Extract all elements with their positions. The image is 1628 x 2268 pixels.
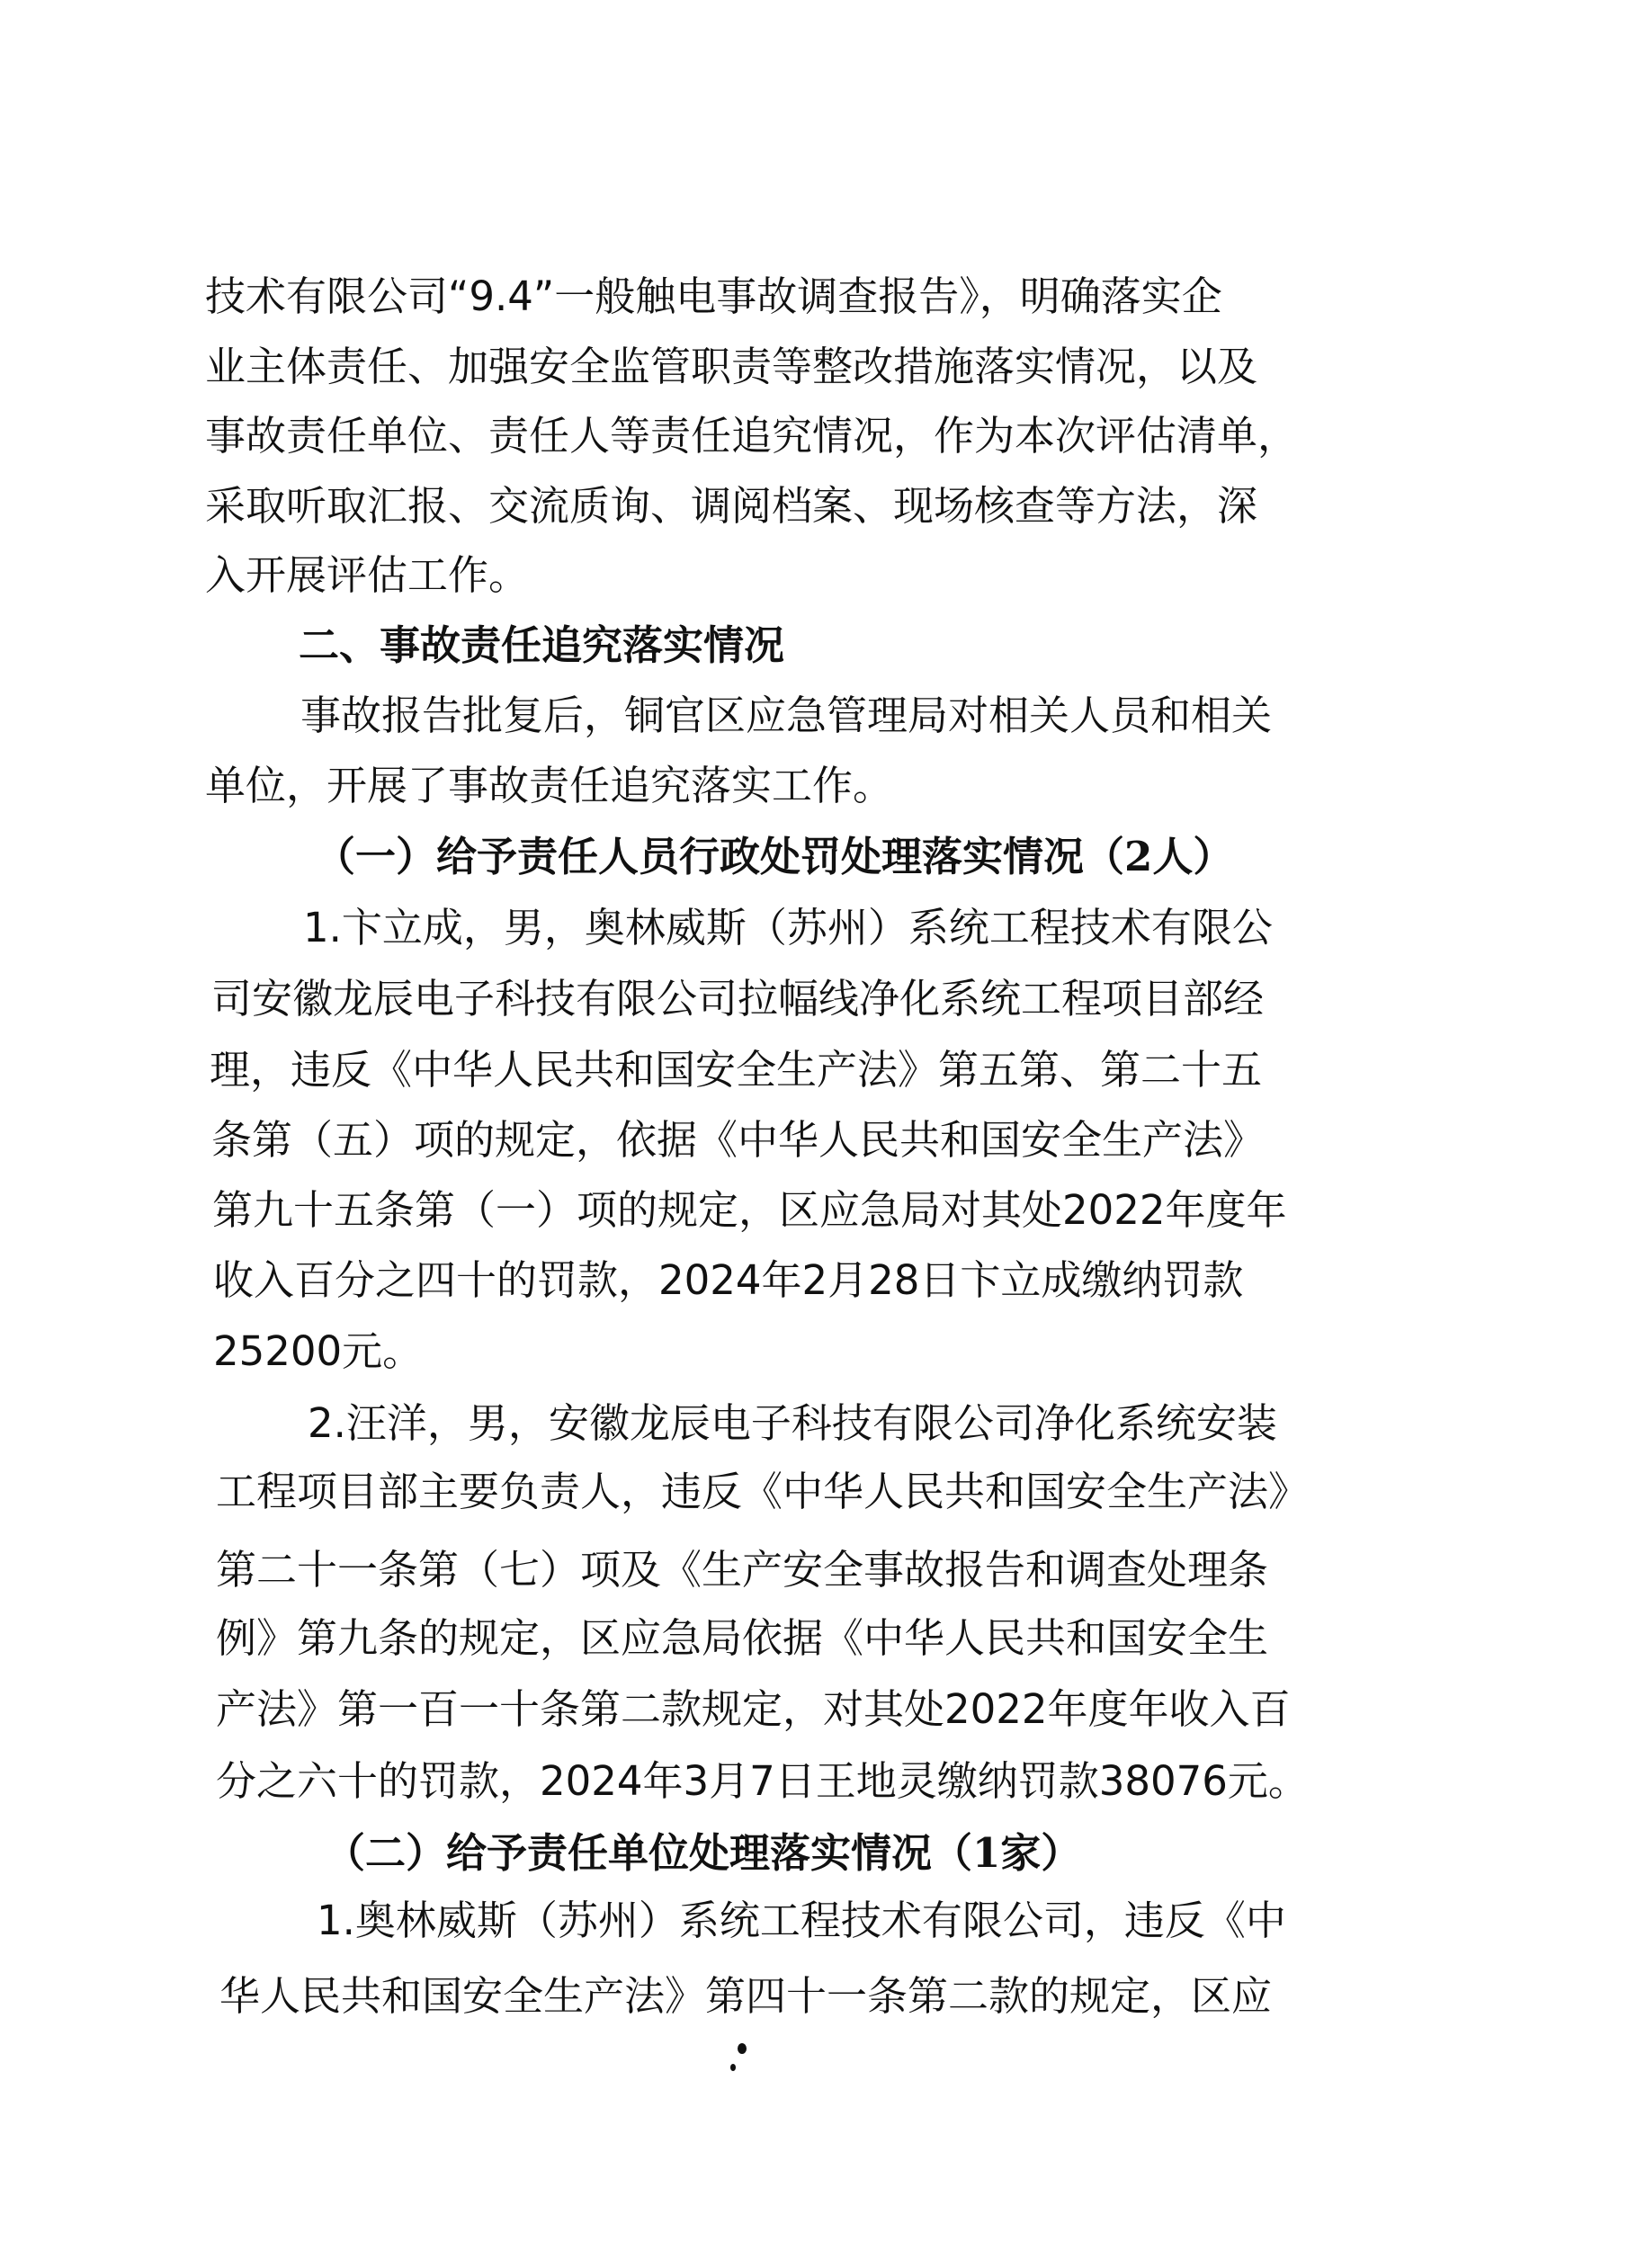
paragraph-line: 采取听取汇报、交流质询、调阅档案、现场核查等方法，深 (205, 481, 1430, 531)
paragraph-line: 第九十五条第（一）项的规定，区应急局对其处2022年度年 (212, 1185, 1432, 1236)
scan-speck (738, 2043, 747, 2054)
paragraph-line: 25200元。 (213, 1326, 420, 1377)
document-page: 技术有限公司“9.4”一般触电事故调查报告》，明确落实企业主体责任、加强安全监管… (0, 0, 1628, 2268)
paragraph-line: 入开展评估工作。 (205, 550, 556, 601)
paragraph-line: 事故报告批复后，铜官区应急管理局对相关人员和相关 (300, 691, 1430, 741)
paragraph-line: 分之六十的罚款，2024年3月7日王地灵缴纳罚款38076元。 (216, 1756, 1437, 1807)
paragraph-line: 产法》第一百一十条第二款规定，对其处2022年度年收入百 (216, 1684, 1436, 1735)
section-heading: 二、事故责任追究落实情况 (299, 621, 862, 671)
subsection-heading: （一）给予责任人员行政处罚处理落实情况（2人） (315, 832, 1363, 882)
paragraph-line: 事故责任单位、责任人等责任追究情况，作为本次评估清单， (205, 411, 1430, 461)
paragraph-line: 1.卞立成，男，奥林威斯（苏州）系统工程技术有限公 (303, 903, 1427, 953)
paragraph-line: 理，违反《中华人民共和国安全生产法》第五第、第二十五 (210, 1045, 1431, 1095)
paragraph-line: 技术有限公司“9.4”一般触电事故调查报告》，明确落实企 (205, 272, 1428, 322)
paragraph-line: 例》第九条的规定，区应急局依据《中华人民共和国安全生 (216, 1613, 1436, 1664)
paragraph-line: 华人民共和国安全生产法》第四十一条第二款的规定，区应 (219, 1971, 1437, 2022)
paragraph-line: 1.奥林威斯（苏州）系统工程技术有限公司，违反《中 (317, 1896, 1437, 1946)
paragraph-line: 单位，开展了事故责任追究落实工作。 (205, 761, 979, 811)
paragraph-line: 条第（五）项的规定，依据《中华人民共和国安全生产法》 (211, 1115, 1429, 1165)
paragraph-line: 司安徽龙辰电子科技有限公司拉幅线净化系统工程项目部经 (211, 974, 1431, 1024)
paragraph-line: 工程项目部主要负责人，违反《中华人民共和国安全生产法》 (216, 1467, 1436, 1517)
paragraph-line: 2.汪洋，男，安徽龙辰电子科技有限公司净化系统安装 (308, 1398, 1436, 1449)
paragraph-line: 第二十一条第（七）项及《生产安全事故报告和调查处理条 (216, 1545, 1436, 1595)
paragraph-line: 收入百分之四十的罚款，2024年2月28日卞立成缴纳罚款 (213, 1255, 1427, 1306)
scan-speck (730, 2064, 736, 2071)
paragraph-line: 业主体责任、加强安全监管职责等整改措施落实情况，以及 (205, 342, 1428, 392)
subsection-heading: （二）给予责任单位处理落实情况（1家） (325, 1828, 1184, 1879)
